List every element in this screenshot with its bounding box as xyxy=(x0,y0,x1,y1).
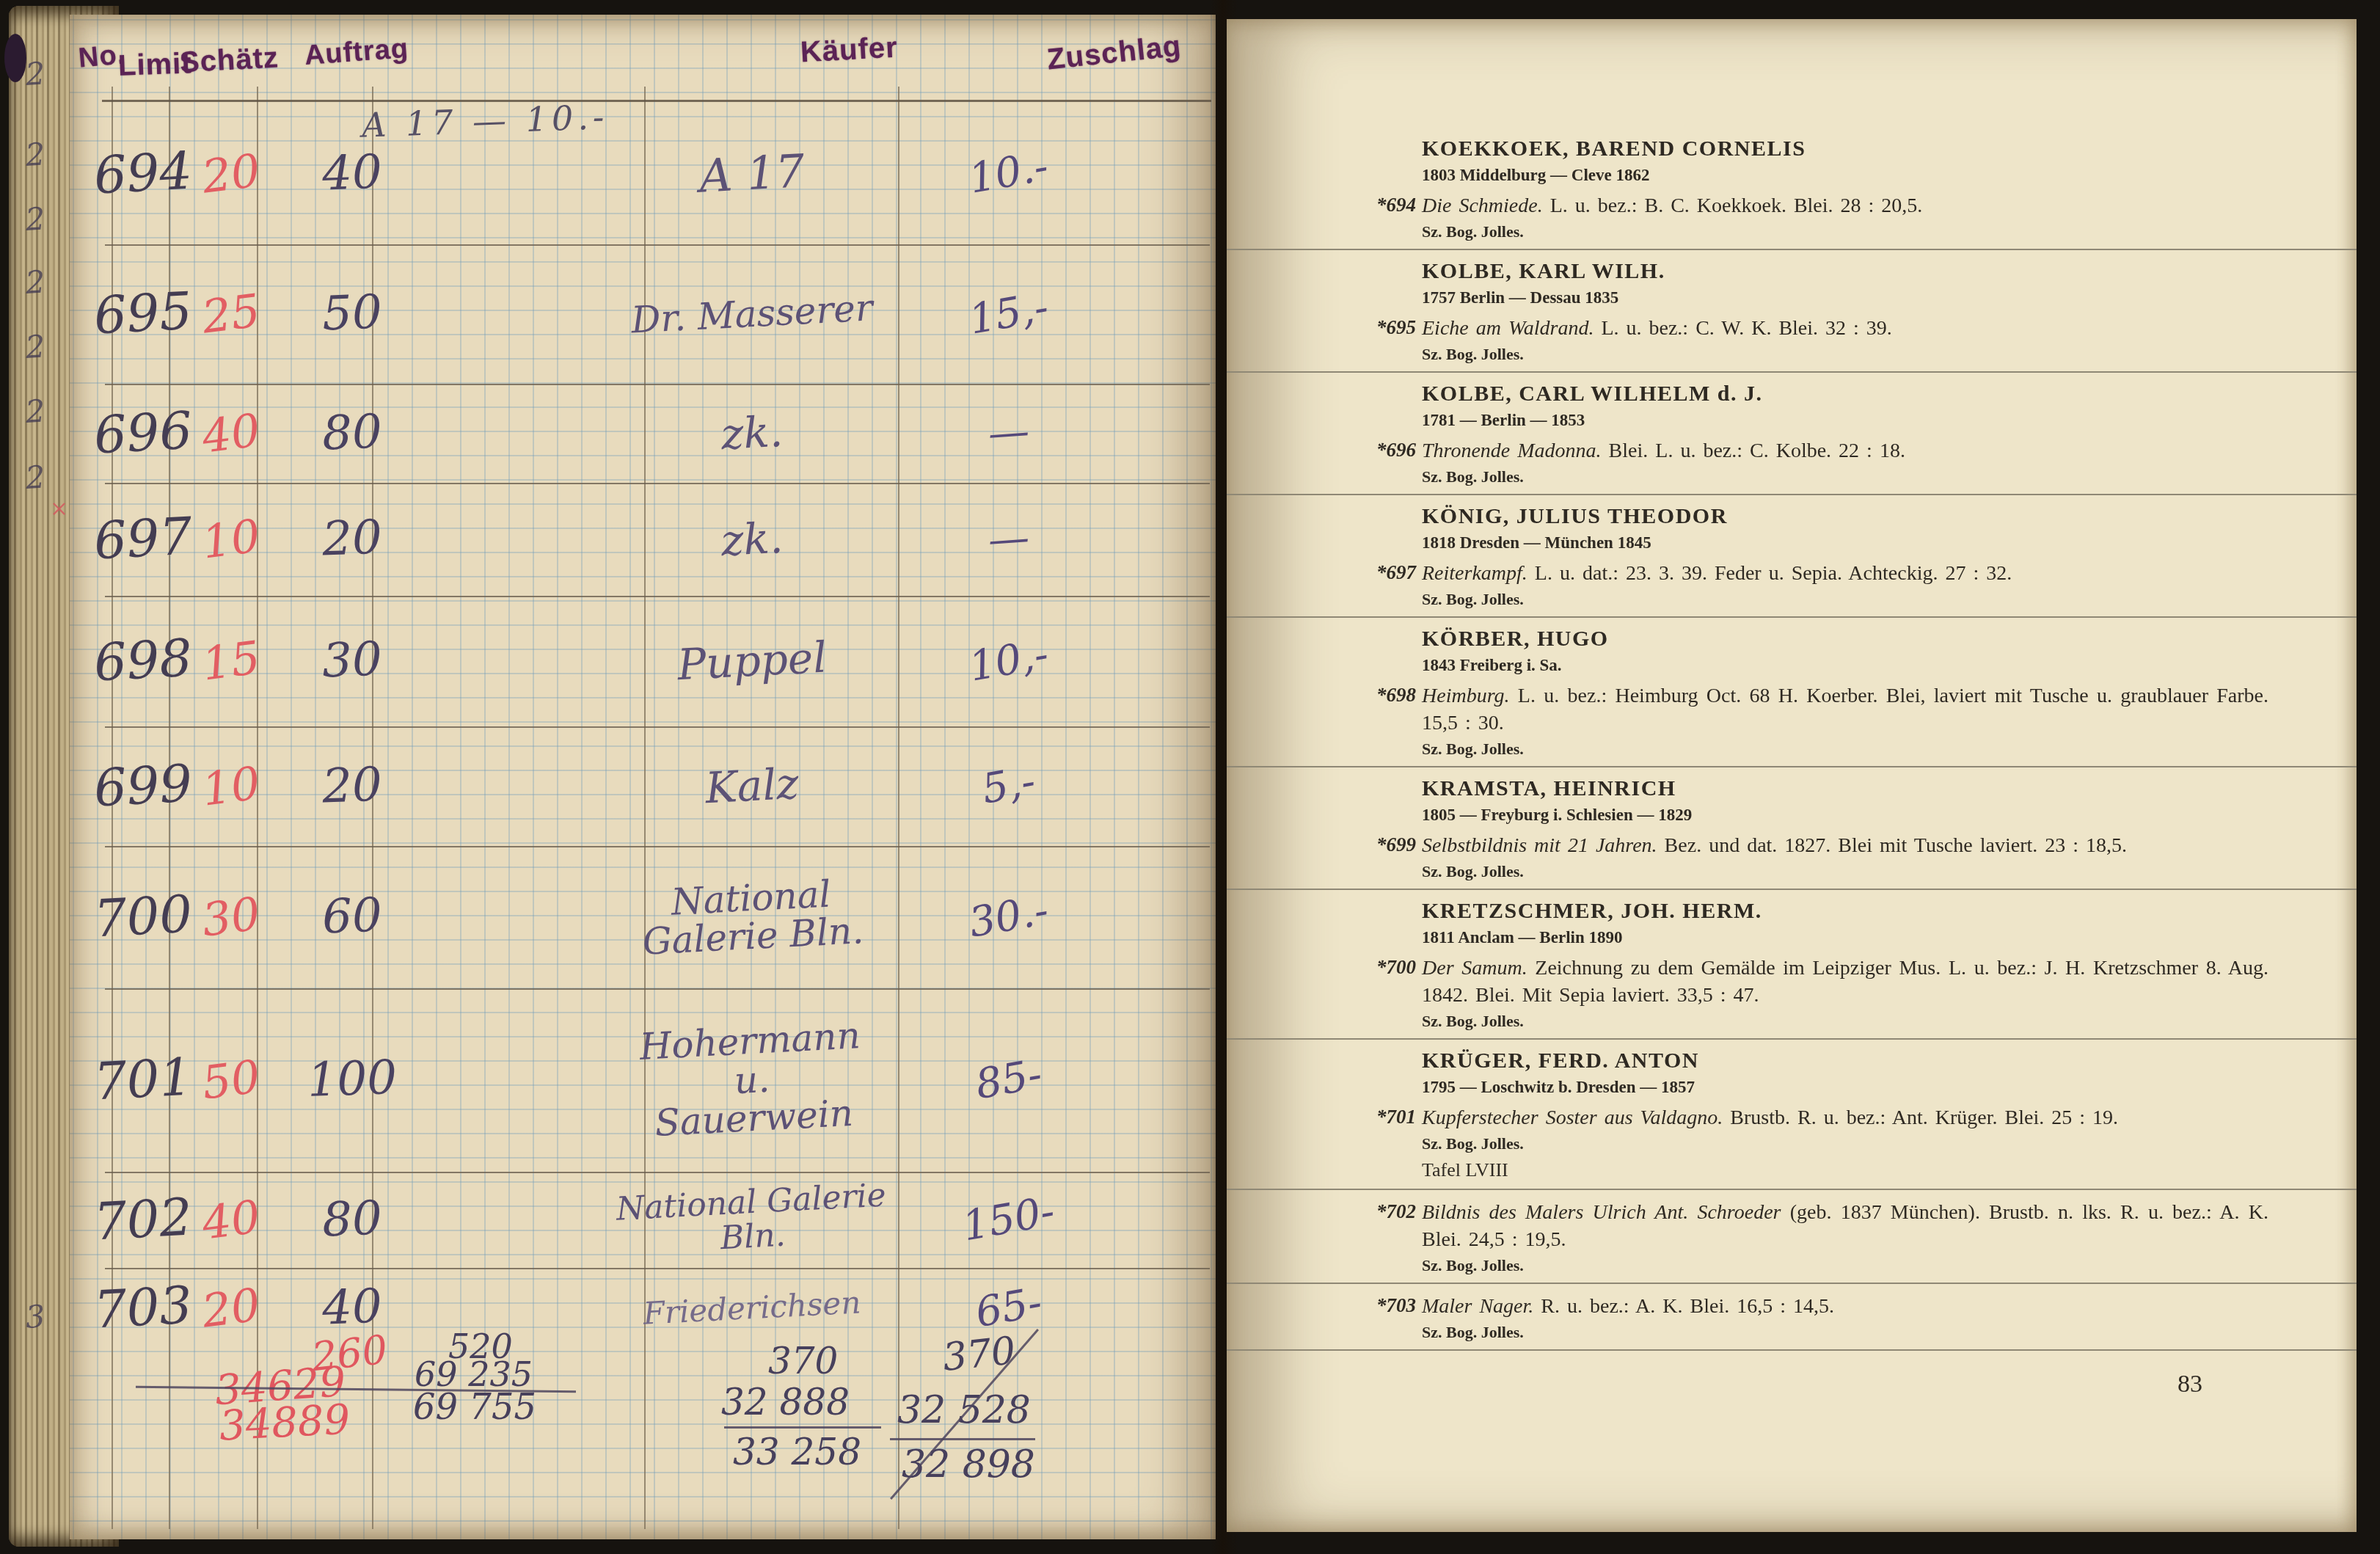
hammer-price: — xyxy=(925,378,1093,488)
artist-group: KÖRBER, HUGO 1843 Freiberg i. Sa. *698 H… xyxy=(1227,618,2357,767)
hammer-price: 85- xyxy=(913,976,1104,1184)
buyer-name: Dr. Masserer xyxy=(609,237,894,391)
catalog-page: KOEKKOEK, BAREND CORNELIS 1803 Middelbur… xyxy=(1227,19,2357,1532)
artist-group: KRÜGER, FERD. ANTON 1795 — Loschwitz b. … xyxy=(1227,1040,2357,1351)
lot-number: *696 xyxy=(1376,439,1417,462)
lot-no: 694 xyxy=(88,100,198,247)
red-margin-tick: × xyxy=(50,496,68,522)
edge-numeral: 2 xyxy=(12,54,58,93)
provenance: Sz. Bog. Jolles. xyxy=(1422,1323,2268,1342)
ledger-row: 703 20 40 Friederichsen 65- xyxy=(70,1268,1216,1349)
estimate-value: 100 xyxy=(300,987,405,1174)
lot-details: R. u. bez.: A. K. Blei. 16,5 : 14,5. xyxy=(1541,1295,1834,1318)
lot-entry: *701 Kupferstecher Soster aus Valdagno. … xyxy=(1422,1104,2268,1181)
artist-dates: 1803 Middelburg — Cleve 1862 xyxy=(1422,166,2268,185)
artist-dates: 1811 Anclam — Berlin 1890 xyxy=(1422,928,2268,947)
provenance: Sz. Bog. Jolles. xyxy=(1422,740,2268,759)
estimate-value: 80 xyxy=(302,1170,403,1270)
edge-numeral: 3 xyxy=(12,1297,58,1336)
hammer-price: 15,- xyxy=(917,231,1100,396)
artist-dates: 1795 — Loschwitz b. Dresden — 1857 xyxy=(1422,1078,2268,1097)
lot-no: 697 xyxy=(89,480,197,598)
lot-title: Heimburg. xyxy=(1422,685,1510,707)
lot-description: Maler Nager. R. u. bez.: A. K. Blei. 16,… xyxy=(1422,1293,2268,1320)
lot-entry: *702 Bildnis des Malers Ulrich Ant. Schr… xyxy=(1227,1189,2357,1275)
lot-number: *701 xyxy=(1376,1106,1417,1128)
limit-value: 25 xyxy=(183,240,280,388)
artist-group: KRETZSCHMER, JOH. HERM. 1811 Anclam — Be… xyxy=(1227,890,2357,1040)
estimate-value: 50 xyxy=(301,243,404,386)
artist-name: KRETZSCHMER, JOH. HERM. xyxy=(1422,899,2268,924)
artist-group: KRAMSTA, HEINRICH 1805 — Freyburg i. Sch… xyxy=(1227,767,2357,890)
edge-numeral: 2 xyxy=(12,263,58,302)
edge-numeral: 2 xyxy=(12,327,58,366)
lot-number: *700 xyxy=(1376,956,1417,979)
buyer-name: A 17 xyxy=(609,95,895,252)
limit-running-new: 34889 xyxy=(219,1399,351,1447)
lot-description: Heimburg. L. u. bez.: Heimburg Oct. 68 H… xyxy=(1422,682,2268,737)
hammer-price: 30.- xyxy=(917,833,1100,1001)
plate-reference: Tafel LVIII xyxy=(1422,1159,2268,1181)
lot-entry: *700 Der Samum. Zeichnung zu dem Gemälde… xyxy=(1422,955,2268,1031)
buyer-name: National Galerie Bln. xyxy=(609,839,895,996)
lot-title: Eiche am Waldrand. xyxy=(1422,317,1594,340)
limit-value: 30 xyxy=(183,842,280,993)
header-auftrag: Auftrag xyxy=(304,33,410,72)
lot-details: L. u. bez.: B. C. Koekkoek. Blei. 28 : 2… xyxy=(1550,194,1923,217)
lot-description: Thronende Madonna. Blei. L. u. bez.: C. … xyxy=(1422,437,2268,464)
buyer-name: Puppel xyxy=(610,588,895,734)
lot-entry: *696 Thronende Madonna. Blei. L. u. bez.… xyxy=(1422,437,2268,486)
buyer-name: Kalz xyxy=(610,719,894,853)
lot-no: 702 xyxy=(90,1169,197,1270)
lot-no: 698 xyxy=(88,593,197,729)
ledger-row: 702 40 80 National Galerie Bln. 150- xyxy=(70,1172,1216,1268)
estimate-value: 20 xyxy=(301,481,403,598)
lot-description: Die Schmiede. L. u. bez.: B. C. Koekkoek… xyxy=(1422,192,2268,219)
ledger-page: No. Limit Schätz Auftrag Käufer Zuschlag… xyxy=(70,15,1216,1539)
provenance: Sz. Bog. Jolles. xyxy=(1422,590,2268,609)
buyer-name: Friederichsen xyxy=(610,1261,893,1356)
lot-description: Reiterkampf. L. u. dat.: 23. 3. 39. Fede… xyxy=(1422,560,2268,587)
lot-title: Maler Nager. xyxy=(1422,1295,1533,1318)
buyer-name: National Galerie Bln. xyxy=(610,1164,894,1275)
buyer-name: zk. xyxy=(610,376,894,490)
provenance: Sz. Bog. Jolles. xyxy=(1422,1134,2268,1153)
lot-entry: *699 Selbstbildnis mit 21 Jahren. Bez. u… xyxy=(1422,832,2268,881)
lot-details: Brustb. R. u. bez.: Ant. Krüger. Blei. 2… xyxy=(1730,1106,2118,1129)
lot-title: Bildnis des Malers Ulrich Ant. Schroeder xyxy=(1422,1201,1781,1224)
lot-number: *699 xyxy=(1376,833,1417,856)
artist-dates: 1781 — Berlin — 1853 xyxy=(1422,411,2268,430)
artist-dates: 1757 Berlin — Dessau 1835 xyxy=(1422,288,2268,307)
lot-details: L. u. bez.: C. W. K. Blei. 32 : 39. xyxy=(1601,317,1891,340)
artist-name: KÖNIG, JULIUS THEODOR xyxy=(1422,504,2268,529)
estimate-value: 30 xyxy=(301,594,404,729)
lot-no: 700 xyxy=(88,843,198,991)
lot-entry: *697 Reiterkampf. L. u. dat.: 23. 3. 39.… xyxy=(1422,560,2268,609)
ledger-row: 699 10 20 Kalz 5,- xyxy=(70,726,1216,846)
lot-title: Reiterkampf. xyxy=(1422,562,1527,585)
middle-running-old: 32 888 xyxy=(721,1384,850,1420)
lot-title: Thronende Madonna. xyxy=(1422,439,1602,462)
provenance: Sz. Bog. Jolles. xyxy=(1422,467,2268,486)
lot-number: *695 xyxy=(1376,316,1417,339)
buyer-name: Hohermann u. Sauerwein xyxy=(608,981,897,1179)
lot-title: Der Samum. xyxy=(1422,957,1527,980)
lot-title: Selbstbildnis mit 21 Jahren. xyxy=(1422,834,1657,857)
ledger-row: 698 15 30 Puppel 10,- xyxy=(70,596,1216,726)
artist-name: KOEKKOEK, BAREND CORNELIS xyxy=(1422,136,2268,161)
lot-description: Bildnis des Malers Ulrich Ant. Schroeder… xyxy=(1422,1199,2268,1253)
lot-description: Der Samum. Zeichnung zu dem Gemälde im L… xyxy=(1422,955,2268,1009)
lot-no: 696 xyxy=(90,381,197,485)
limit-value: 10 xyxy=(183,722,278,850)
provenance: Sz. Bog. Jolles. xyxy=(1422,1012,2268,1031)
catalog-entries: KOEKKOEK, BAREND CORNELIS 1803 Middelbur… xyxy=(1227,128,2357,1351)
artist-dates: 1818 Dresden — München 1845 xyxy=(1422,533,2268,552)
lot-details: Bez. und dat. 1827. Blei mit Tusche lavi… xyxy=(1665,834,2127,857)
ledger-row: 701 50 100 Hohermann u. Sauerwein 85- xyxy=(70,988,1216,1172)
page-number: 83 xyxy=(2178,1371,2202,1398)
estimate-value: 80 xyxy=(302,382,404,485)
lot-number: *698 xyxy=(1376,684,1417,707)
lot-description: Eiche am Waldrand. L. u. bez.: C. W. K. … xyxy=(1422,315,2268,342)
hammer-running-old: 32 528 xyxy=(897,1391,1031,1429)
auction-catalog-spread: 2 2 2 2 2 2 2 3 × No. Limit Schätz Auftr… xyxy=(0,0,2380,1554)
lot-title: Kupferstecher Soster aus Valdagno. xyxy=(1422,1106,1723,1129)
totals-rule xyxy=(890,1438,1035,1440)
ledger-row: 696 40 80 zk. — xyxy=(70,384,1216,483)
estimate-value: 20 xyxy=(301,725,404,848)
artist-name: KÖRBER, HUGO xyxy=(1422,627,2268,652)
lot-entry: *698 Heimburg. L. u. bez.: Heimburg Oct.… xyxy=(1422,682,2268,759)
provenance: Sz. Bog. Jolles. xyxy=(1422,862,2268,881)
lot-title: Die Schmiede. xyxy=(1422,194,1543,217)
edge-numeral: 2 xyxy=(12,135,58,174)
ledger-row: 694 20 40 A 17 10.- xyxy=(70,103,1216,244)
provenance: Sz. Bog. Jolles. xyxy=(1422,1256,2268,1275)
lot-description: Selbstbildnis mit 21 Jahren. Bez. und da… xyxy=(1422,832,2268,859)
edge-numeral: 2 xyxy=(12,458,58,497)
middle-running-new: 33 258 xyxy=(733,1434,861,1470)
header-schaetz: Schätz xyxy=(179,41,280,79)
edge-numeral: 2 xyxy=(12,392,58,431)
artist-dates: 1843 Freiberg i. Sa. xyxy=(1422,656,2268,675)
artist-name: KRÜGER, FERD. ANTON xyxy=(1422,1048,2268,1073)
lot-entry: *694 Die Schmiede. L. u. bez.: B. C. Koe… xyxy=(1422,192,2268,241)
lot-no: 699 xyxy=(89,723,197,848)
artist-dates: 1805 — Freyburg i. Schlesien — 1829 xyxy=(1422,806,2268,825)
artist-group: KÖNIG, JULIUS THEODOR 1818 Dresden — Mün… xyxy=(1227,495,2357,618)
buyer-name: zk. xyxy=(610,475,894,603)
lot-description: Kupferstecher Soster aus Valdagno. Brust… xyxy=(1422,1104,2268,1131)
limit-value: 40 xyxy=(185,1167,277,1272)
lot-entry: *695 Eiche am Waldrand. L. u. bez.: C. W… xyxy=(1422,315,2268,364)
ledger-row: 697 10 20 zk. — xyxy=(70,483,1216,596)
limit-value: 10 xyxy=(184,478,278,600)
artist-name: KOLBE, KARL WILH. xyxy=(1422,259,2268,284)
artist-name: KOLBE, CARL WILHELM d. J. xyxy=(1422,382,2268,406)
limit-value: 40 xyxy=(185,379,277,487)
estimate-running-new: 69 755 xyxy=(413,1390,536,1425)
lot-number: *702 xyxy=(1376,1200,1417,1223)
ledger-row: 700 30 60 National Galerie Bln. 30.- xyxy=(70,846,1216,988)
lot-entry: *703 Maler Nager. R. u. bez.: A. K. Blei… xyxy=(1227,1283,2357,1342)
provenance: Sz. Bog. Jolles. xyxy=(1422,345,2268,364)
limit-value: 20 xyxy=(186,1263,277,1354)
limit-value: 20 xyxy=(183,98,280,249)
hammer-price: — xyxy=(924,478,1093,602)
middle-subtotal: 370 xyxy=(768,1343,838,1379)
estimate-value: 40 xyxy=(301,101,404,247)
artist-group: KOEKKOEK, BAREND CORNELIS 1803 Middelbur… xyxy=(1227,128,2357,250)
lot-number: *697 xyxy=(1376,561,1417,584)
lot-details: Zeichnung zu dem Gemälde im Leipziger Mu… xyxy=(1422,957,2268,1007)
artist-name: KRAMSTA, HEINRICH xyxy=(1422,776,2268,801)
lot-no: 695 xyxy=(88,241,198,386)
header-kaeufer: Käufer xyxy=(800,32,899,70)
artist-group: KOLBE, KARL WILH. 1757 Berlin — Dessau 1… xyxy=(1227,250,2357,373)
lot-number: *694 xyxy=(1376,194,1417,216)
lot-details: L. u. bez.: Heimburg Oct. 68 H. Koerber.… xyxy=(1422,685,2268,734)
hammer-subtotal: 370 xyxy=(941,1332,1018,1377)
artist-group: KOLBE, CARL WILHELM d. J. 1781 — Berlin … xyxy=(1227,373,2357,495)
lot-details: L. u. dat.: 23. 3. 39. Feder u. Sepia. A… xyxy=(1535,562,2012,585)
ledger-row: 695 25 50 Dr. Masserer 15,- xyxy=(70,244,1216,384)
lot-details: Blei. L. u. bez.: C. Kolbe. 22 : 18. xyxy=(1609,439,1905,462)
lot-no: 703 xyxy=(90,1265,197,1351)
lot-number: *703 xyxy=(1376,1294,1417,1317)
header-zuschlag: Zuschlag xyxy=(1045,30,1183,77)
provenance: Sz. Bog. Jolles. xyxy=(1422,222,2268,241)
totals-rule xyxy=(724,1426,881,1429)
limit-value: 15 xyxy=(183,591,280,731)
edge-numeral: 2 xyxy=(12,200,58,238)
estimate-value: 60 xyxy=(301,845,404,991)
